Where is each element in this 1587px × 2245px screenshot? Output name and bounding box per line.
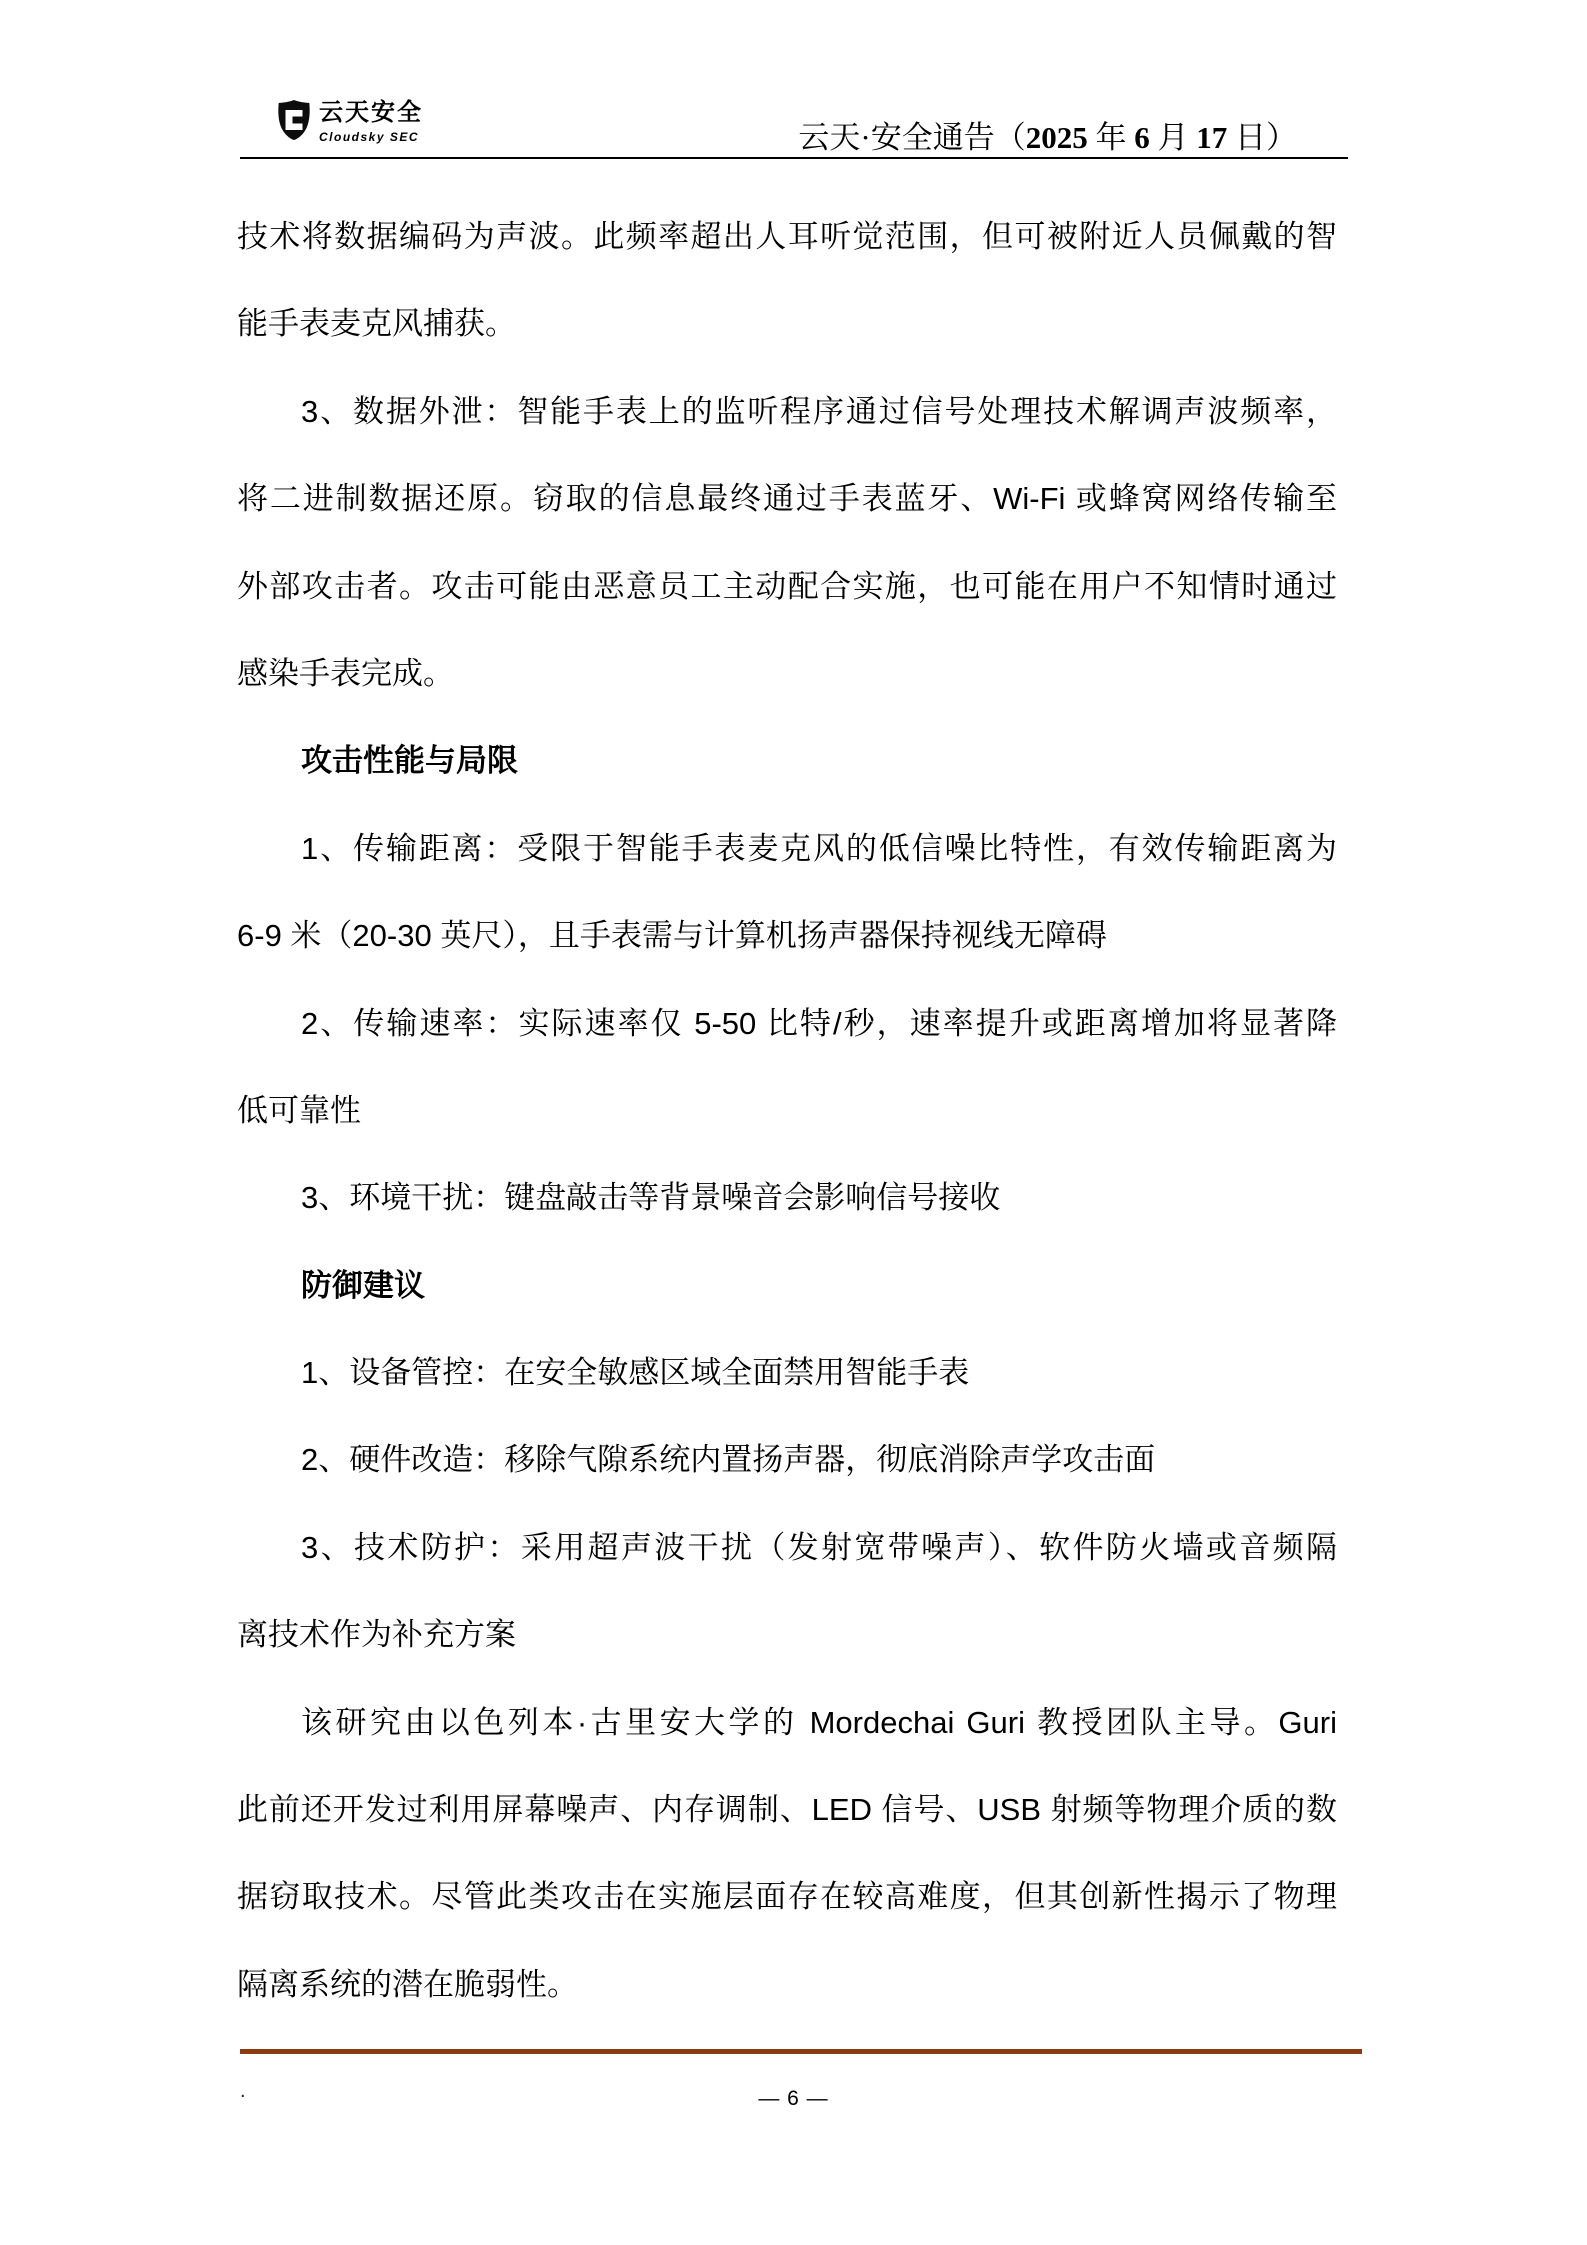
body-line: 低可靠性 bbox=[237, 1067, 1337, 1154]
header-title: 云天·安全通告（2025 年 6 月 17 日） bbox=[798, 112, 1297, 157]
header-title-prefix: 云天·安全通告（ bbox=[798, 120, 1025, 155]
page-number: — 6 — bbox=[0, 2087, 1587, 2111]
body-line: 1、设备管控：在安全敏感区域全面禁用智能手表 bbox=[237, 1329, 1337, 1416]
body-line: 将二进制数据还原。窃取的信息最终通过手表蓝牙、Wi-Fi 或蜂窝网络传输至 bbox=[237, 455, 1337, 542]
shield-c-logo-icon bbox=[277, 99, 311, 141]
header-title-day-unit: 日 bbox=[1227, 120, 1266, 155]
document-page: 云天安全 Cloudsky SEC 云天·安全通告（2025 年 6 月 17 … bbox=[0, 0, 1587, 2245]
header-title-month: 6 bbox=[1134, 120, 1150, 155]
header-title-month-unit: 月 bbox=[1150, 120, 1197, 155]
header-divider bbox=[240, 157, 1348, 159]
body-line: 技术将数据编码为声波。此频率超出人耳听觉范围，但可被附近人员佩戴的智 bbox=[237, 193, 1337, 280]
footer-divider bbox=[240, 2049, 1362, 2054]
section-heading: 攻击性能与局限 bbox=[237, 717, 1337, 804]
body-line: 6-9 米（20-30 英尺），且手表需与计算机扬声器保持视线无障碍 bbox=[237, 892, 1337, 979]
header-title-year: 2025 bbox=[1026, 120, 1088, 155]
body-line: 2、硬件改造：移除气隙系统内置扬声器，彻底消除声学攻击面 bbox=[237, 1416, 1337, 1503]
body-line: 外部攻击者。攻击可能由恶意员工主动配合实施，也可能在用户不知情时通过 bbox=[237, 543, 1337, 630]
company-logo bbox=[277, 99, 311, 141]
header-title-day: 17 bbox=[1196, 120, 1227, 155]
brand-name-cn: 云天安全 bbox=[319, 101, 423, 125]
body-text: 技术将数据编码为声波。此频率超出人耳听觉范围，但可被附近人员佩戴的智 能手表麦克… bbox=[237, 193, 1337, 2028]
body-line: 感染手表完成。 bbox=[237, 630, 1337, 717]
body-line: 2、传输速率：实际速率仅 5-50 比特/秒，速率提升或距离增加将显著降 bbox=[237, 980, 1337, 1067]
body-line: 离技术作为补充方案 bbox=[237, 1591, 1337, 1678]
body-line: 隔离系统的潜在脆弱性。 bbox=[237, 1941, 1337, 2028]
body-line: 3、环境干扰：键盘敲击等背景噪音会影响信号接收 bbox=[237, 1154, 1337, 1241]
body-line: 据窃取技术。尽管此类攻击在实施层面存在较高难度，但其创新性揭示了物理 bbox=[237, 1853, 1337, 1940]
brand-name-en: Cloudsky SEC bbox=[319, 130, 423, 144]
header-title-year-unit: 年 bbox=[1088, 120, 1135, 155]
body-line: 能手表麦克风捕获。 bbox=[237, 280, 1337, 367]
body-line: 3、数据外泄：智能手表上的监听程序通过信号处理技术解调声波频率， bbox=[237, 368, 1337, 455]
body-line: 3、技术防护：采用超声波干扰（发射宽带噪声）、软件防火墙或音频隔 bbox=[237, 1504, 1337, 1591]
body-line: 此前还开发过利用屏幕噪声、内存调制、LED 信号、USB 射频等物理介质的数 bbox=[237, 1766, 1337, 1853]
brand-text: 云天安全 Cloudsky SEC bbox=[319, 101, 423, 144]
body-line: 1、传输距离：受限于智能手表麦克风的低信噪比特性，有效传输距离为 bbox=[237, 805, 1337, 892]
header-title-suffix: ） bbox=[1266, 120, 1297, 155]
body-line: 该研究由以色列本·古里安大学的 Mordechai Guri 教授团队主导。Gu… bbox=[237, 1679, 1337, 1766]
section-heading: 防御建议 bbox=[237, 1242, 1337, 1329]
